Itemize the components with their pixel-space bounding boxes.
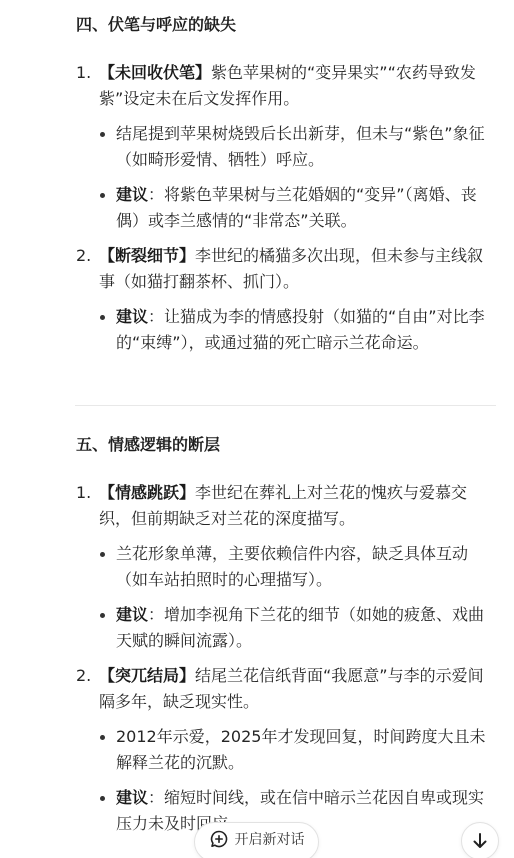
- new-chat-button[interactable]: 开启新对话: [194, 822, 319, 858]
- item-label: 【未回收伏笔】: [99, 63, 211, 82]
- bullet-item: 结尾提到苹果树烧毁后长出新芽，但未与“紫色”象征（如畸形爱情、牺牲）呼应。: [100, 121, 496, 173]
- section-divider: [75, 405, 496, 406]
- arrow-down-icon: [471, 832, 489, 850]
- bullet-text: ：增加李视角下兰花的细节（如她的疲惫、戏曲天赋的瞬间流露）。: [116, 605, 484, 650]
- bullet-item: 建议：将紫色苹果树与兰花婚姻的“变异”（离婚、丧偶）或李兰感情的“非常态”关联。: [100, 182, 496, 234]
- chat-plus-icon: [209, 829, 229, 849]
- bullet-item: 2012年示爱，2025年才发现回复，时间跨度大且未解释兰花的沉默。: [100, 724, 496, 776]
- bullet-label: 建议: [116, 788, 148, 807]
- section-heading: 四、伏笔与呼应的缺失: [76, 12, 236, 35]
- item-number: 2.: [76, 243, 98, 269]
- bullet-dot-icon: [100, 132, 105, 137]
- bullet-dot-icon: [100, 315, 105, 320]
- bullet-text: 兰花形象单薄，主要依赖信件内容，缺乏具体互动（如车站拍照时的心理描写）。: [116, 544, 468, 589]
- list-item: 2. 【断裂细节】李世纪的橘猫多次出现，但未参与主线叙事（如猫打翻茶杯、抓门）。: [76, 243, 496, 295]
- item-label: 【情感跳跃】: [99, 483, 195, 502]
- scroll-to-bottom-button[interactable]: [461, 822, 499, 858]
- bullet-text: ：让猫成为李的情感投射（如猫的“自由”对比李的“束缚”），或通过猫的死亡暗示兰花…: [116, 307, 485, 352]
- bullet-dot-icon: [100, 193, 105, 198]
- bullet-text: 2012年示爱，2025年才发现回复，时间跨度大且未解释兰花的沉默。: [116, 727, 485, 772]
- list-item: 2. 【突兀结局】结尾兰花信纸背面“我愿意”与李的示爱间隔多年，缺乏现实性。: [76, 663, 496, 715]
- bullet-label: 建议: [116, 605, 148, 624]
- bullet-label: 建议: [116, 307, 148, 326]
- item-number: 1.: [76, 60, 98, 86]
- bullet-item: 建议：让猫成为李的情感投射（如猫的“自由”对比李的“束缚”），或通过猫的死亡暗示…: [100, 304, 496, 356]
- list-item: 1. 【未回收伏笔】紫色苹果树的“变异果实”“农药导致发紫”设定未在后文发挥作用…: [76, 60, 496, 112]
- bullet-dot-icon: [100, 552, 105, 557]
- bullet-dot-icon: [100, 613, 105, 618]
- bullet-label: 建议: [116, 185, 148, 204]
- item-label: 【突兀结局】: [99, 666, 195, 685]
- bullet-text: 结尾提到苹果树烧毁后长出新芽，但未与“紫色”象征（如畸形爱情、牺牲）呼应。: [116, 124, 485, 169]
- bullet-item: 建议：增加李视角下兰花的细节（如她的疲惫、戏曲天赋的瞬间流露）。: [100, 602, 496, 654]
- bullet-dot-icon: [100, 796, 105, 801]
- bullet-dot-icon: [100, 735, 105, 740]
- bullet-item: 兰花形象单薄，主要依赖信件内容，缺乏具体互动（如车站拍照时的心理描写）。: [100, 541, 496, 593]
- item-label: 【断裂细节】: [99, 246, 195, 265]
- section-heading: 五、情感逻辑的断层: [76, 432, 220, 455]
- item-number: 1.: [76, 480, 98, 506]
- new-chat-label: 开启新对话: [235, 829, 305, 849]
- item-number: 2.: [76, 663, 98, 689]
- bullet-text: ：将紫色苹果树与兰花婚姻的“变异”（离婚、丧偶）或李兰感情的“非常态”关联。: [116, 185, 477, 230]
- list-item: 1. 【情感跳跃】李世纪在葬礼上对兰花的愧疚与爱慕交织，但前期缺乏对兰花的深度描…: [76, 480, 496, 532]
